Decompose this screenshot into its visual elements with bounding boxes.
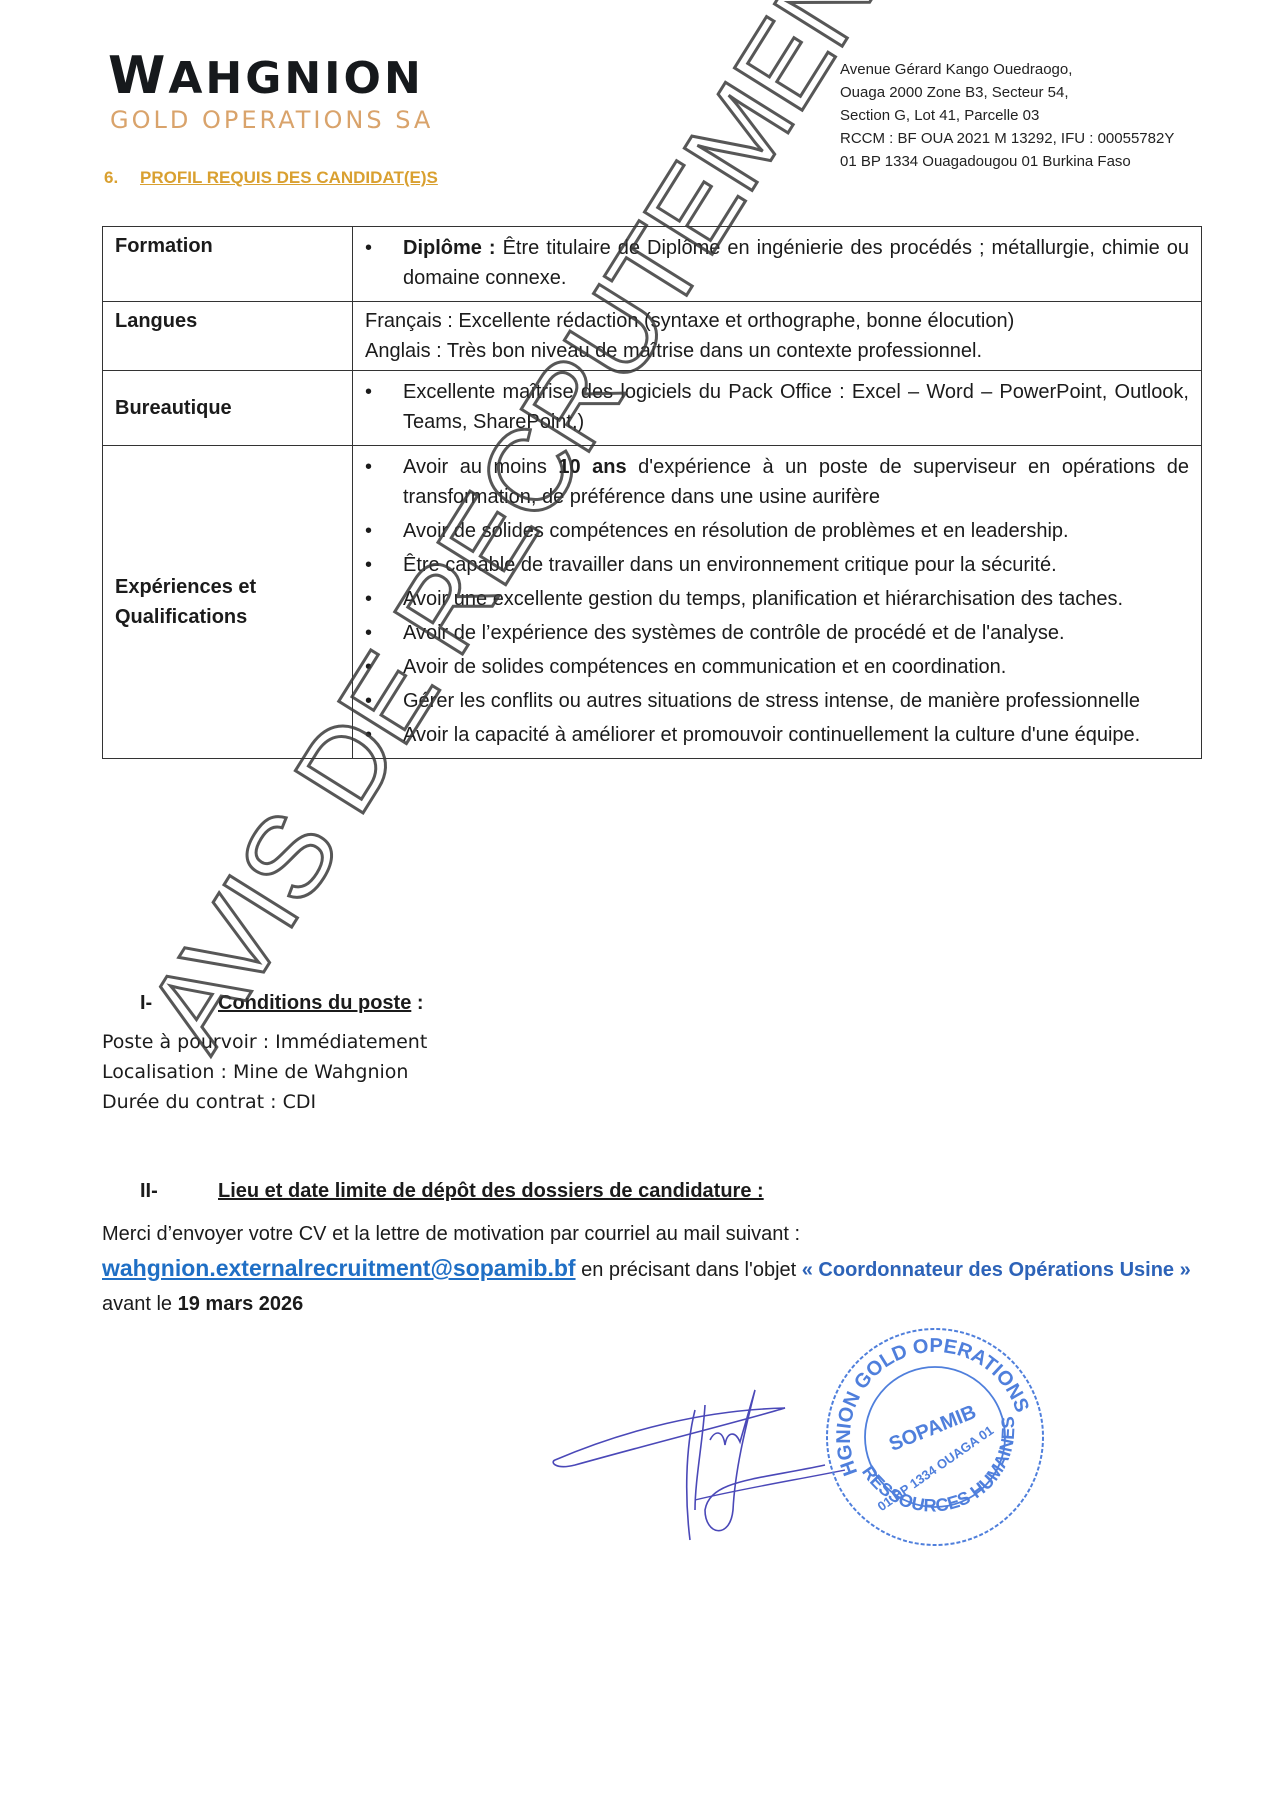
company-address: Avenue Gérard Kango Ouedraogo, Ouaga 200…: [840, 58, 1174, 173]
logo-subtitle: GOLD OPERATIONS SA: [110, 105, 433, 135]
list-item: Avoir de l’expérience des systèmes de co…: [403, 618, 1189, 648]
application-deposit: II-Lieu et date limite de dépôt des doss…: [102, 1180, 1212, 1321]
row-content: Avoir au moins 10 ans d'expérience à un …: [353, 446, 1202, 759]
row-label: Langues: [103, 302, 353, 371]
deposit-body: Merci d’envoyer votre CV et la lettre de…: [102, 1217, 1212, 1321]
list-item: Être capable de travailler dans un envir…: [403, 550, 1189, 580]
logo-wordmark: WAHGNION: [108, 52, 433, 103]
row-label: Formation: [103, 227, 353, 302]
candidate-profile-table: Formation Diplôme : Être titulaire de Di…: [102, 226, 1202, 759]
list-item: Gérer les conflits ou autres situations …: [403, 686, 1189, 716]
row-content: Excellente maîtrise des logiciels du Pac…: [353, 371, 1202, 446]
job-conditions: I-Conditions du poste : Poste à pourvoir…: [102, 992, 427, 1117]
address-line: RCCM : BF OUA 2021 M 13292, IFU : 000557…: [840, 127, 1174, 150]
deposit-heading: II-Lieu et date limite de dépôt des doss…: [140, 1180, 1212, 1203]
company-stamp: WAHGNION GOLD OPERATIONS SA RESSOURCES H…: [820, 1322, 1050, 1552]
list-item: Avoir la capacité à améliorer et promouv…: [403, 720, 1189, 750]
row-label: Bureautique: [103, 371, 353, 446]
language-line: Français : Excellente rédaction (syntaxe…: [365, 306, 1189, 336]
address-line: 01 BP 1334 Ouagadougou 01 Burkina Faso: [840, 150, 1174, 173]
address-line: Ouaga 2000 Zone B3, Secteur 54,: [840, 81, 1174, 104]
section-title: 6.PROFIL REQUIS DES CANDIDAT(E)S: [104, 168, 438, 188]
section-heading: PROFIL REQUIS DES CANDIDAT(E)S: [140, 168, 438, 187]
list-item: Avoir au moins 10 ans d'expérience à un …: [403, 452, 1189, 512]
language-line: Anglais : Très bon niveau de maîtrise da…: [365, 336, 1189, 366]
address-line: Section G, Lot 41, Parcelle 03: [840, 104, 1174, 127]
table-row-bureautique: Bureautique Excellente maîtrise des logi…: [103, 371, 1202, 446]
list-item: Avoir de solides compétences en communic…: [403, 652, 1189, 682]
email-link[interactable]: wahgnion.externalrecruitment@sopamib.bf: [102, 1255, 576, 1281]
company-logo: WAHGNION GOLD OPERATIONS SA: [108, 52, 433, 135]
row-content: Diplôme : Être titulaire de Diplôme en i…: [353, 227, 1202, 302]
condition-line: Durée du contrat : CDI: [102, 1087, 427, 1117]
list-item: Excellente maîtrise des logiciels du Pac…: [403, 377, 1189, 437]
row-content: Français : Excellente rédaction (syntaxe…: [353, 302, 1202, 371]
email-subject: « Coordonnateur des Opérations Usine »: [802, 1259, 1191, 1281]
deposit-intro: Merci d’envoyer votre CV et la lettre de…: [102, 1217, 1212, 1251]
condition-line: Localisation : Mine de Wahgnion: [102, 1057, 427, 1087]
row-label: Expériences et Qualifications: [103, 446, 353, 759]
table-row-langues: Langues Français : Excellente rédaction …: [103, 302, 1202, 371]
conditions-heading: I-Conditions du poste :: [140, 992, 427, 1015]
signature: [545, 1370, 845, 1550]
list-item: Avoir de solides compétences en résoluti…: [403, 516, 1189, 546]
list-item: Avoir une excellente gestion du temps, p…: [403, 584, 1189, 614]
list-item: Diplôme : Être titulaire de Diplôme en i…: [403, 233, 1189, 293]
address-line: Avenue Gérard Kango Ouedraogo,: [840, 58, 1174, 81]
deadline-date: 19 mars 2026: [178, 1293, 304, 1315]
section-number: 6.: [104, 168, 140, 188]
table-row-formation: Formation Diplôme : Être titulaire de Di…: [103, 227, 1202, 302]
table-row-experiences: Expériences et Qualifications Avoir au m…: [103, 446, 1202, 759]
condition-line: Poste à pourvoir : Immédiatement: [102, 1027, 427, 1057]
